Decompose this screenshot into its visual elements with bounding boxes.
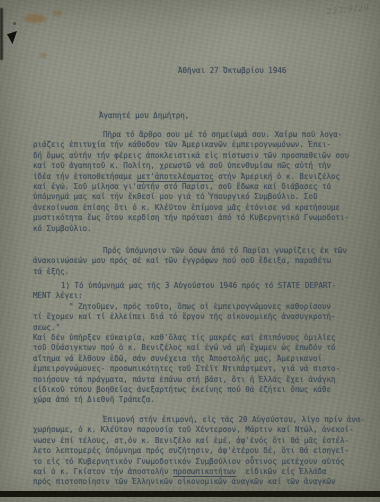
text-segment: πρός πιστοποίησιν τῶν Ἑλληνικῶν οἰκονομι… <box>33 477 336 486</box>
letter-line: χωρήσωμε, ὁ κ. Κλέϋτον παρουσίᾳ τοῦ Χέντ… <box>33 425 365 435</box>
scan-artifact-stain <box>40 53 47 58</box>
letter-line: καί ἐγώ. Σοῦ μίλησα γι'αὐτήν στό Παρίσι,… <box>33 182 349 192</box>
letter-line: 1) Τό ὑπόμνημά μας τῆς 3 Αὐγούστου 1946 … <box>33 281 340 291</box>
letter-line: το εἰς τό Κυβερνητικόν Γνωμοδοτικόν Συμβ… <box>33 457 365 467</box>
letter-line: πρός πιστοποίησιν τῶν Ἑλληνικῶν οἰκονομι… <box>33 477 365 487</box>
text-segment: Πῆρα τό ἄρθρο σου μέ τό σημείωμά σου. Χα… <box>103 130 342 139</box>
scan-artifact-stain <box>53 10 62 16</box>
letter-line: Πῆρα τό ἄρθρο σου μέ τό σημείωμά σου. Χα… <box>33 130 349 140</box>
letter-line: χώρα ἀπό τή Διεθνῆ Τράπεζα. <box>33 395 340 405</box>
letter-line: εἰδικοῦ τύπου βοηθείας ἀνεξαρτήτως ἐκείν… <box>33 385 340 395</box>
text-segment: Καί δέν ὑπῆρξεν εὐκαιρία, καθ'ὅλας τίς μ… <box>33 333 336 342</box>
text-segment: Ἐπιμονή στήν ἐπιμονή, εἰς τάς 20 Αὐγούστ… <box>103 415 365 424</box>
letter-line: αἴτημα νά ἔλθουν ἐδῶ, σάν συνέχεια τῆς Ἀ… <box>33 354 340 364</box>
text-segment: 1) Τό ὑπόμνημά μας τῆς 3 Αὐγούστου 1946 … <box>61 281 336 290</box>
letter-line: Ἐπιμονή στήν ἐπιμονή, εἰς τάς 20 Αὐγούστ… <box>33 415 365 425</box>
letter-line: λετο λεπτομερές ὑπόμνημα πρός συζήτησιν,… <box>33 446 365 456</box>
letter-line: σεως." <box>33 323 340 333</box>
text-segment: χωρήσωμε, ὁ κ. Κλέϋτον παρουσίᾳ τοῦ Χέντ… <box>33 425 354 434</box>
text-segment: ποιήσουν τά πράγματα, πάντα ἐπάνω στή βά… <box>33 375 336 384</box>
text-segment: ἀνεκοίνωσα ἐπίσης ὅτι ὁ κ. Κλέϋτον ἐπίμο… <box>33 203 340 212</box>
letter-line: " Ζητοῦμεν, πρός τοῦτο, ὅπως οἱ ἐμπειρογ… <box>33 302 340 312</box>
letter-paragraph: 1) Τό ὑπόμνημά μας τῆς 3 Αὐγούστου 1946 … <box>33 281 340 406</box>
letter-line: δή ὅμως αὐτήν τήν φέρεις ἀποκλειστικά εἰ… <box>33 151 349 161</box>
text-segment: αἴτημα νά ἔλθουν ἐδῶ, σάν συνέχεια τῆς Ἀ… <box>33 354 322 363</box>
letter-line: ριάζεις ἐπιτυχία τήν κάθοδον τῶν Ἀμερικα… <box>33 140 349 150</box>
text-segment: εἰδικοῦ τύπου βοηθείας ἀνεξαρτήτως ἐκείν… <box>33 385 331 394</box>
text-segment: κό Συμβούλιο. <box>33 224 92 233</box>
text-segment: τά ἑξῆς. <box>33 267 69 276</box>
text-segment: δή ὅμως αὐτήν τήν φέρεις ἀποκλειστικά εἰ… <box>33 151 349 160</box>
letter-line: MENT λέγει: <box>33 291 340 301</box>
text-segment: ἐμπειρογνώμονες- προσωπικότητες τοῦ Στέϊ… <box>33 364 340 373</box>
scan-artifact-edge-strip <box>0 8 3 60</box>
letter-scan: 222/9/26 Ἀθῆναι 27 Ὀκτωβρίου 1946 Ἀγαπητ… <box>0 0 380 502</box>
letter-line: νωσεν ἐπί τέλους, στ,όν κ. Βενιζέλο καί … <box>33 436 365 446</box>
letter-line: ἐμπειρογνώμονες- προσωπικότητες τοῦ Στέϊ… <box>33 364 340 374</box>
letter-line: καί ὁ κ. Γκίστον τήν ἀποστολήν προσωπικο… <box>33 467 365 477</box>
letter-line: μυστικότητα ἕως ὅτου κερδίση τήν πρότασι… <box>33 213 349 223</box>
text-segment: ριάζεις ἐπιτυχία τήν κάθοδον τῶν Ἀμερικα… <box>33 140 331 149</box>
letter-line: καί τοῦ ἀγαπητοῦ κ. Πολίτη, χρεωστῶ νά σ… <box>33 161 349 171</box>
text-segment: " Ζητοῦμεν, πρός τοῦτο, ὅπως οἱ ἐμπειρογ… <box>69 302 331 311</box>
scan-artifact-stain <box>24 14 46 23</box>
letter-line: ποιήσουν τά πράγματα, πάντα ἐπάνω στή βά… <box>33 375 340 385</box>
letter-line: ἀνακοινώσεών μου πρός σέ καί τῶν ἐγγράφω… <box>33 256 347 266</box>
text-segment: Πρός ὑπόμνησιν τῶν ὅσων ἀπό τό Παρίσι γν… <box>103 246 347 255</box>
letter-line: ἀνεκοίνωσα ἐπίσης ὅτι ὁ κ. Κλέϋτον ἐπίμο… <box>33 203 349 213</box>
text-segment: τοῦ Οὐάσιγκτων πού ὁ κ. Βενιζέλος καί ἐγ… <box>33 343 336 352</box>
text-segment: στήν Ἀμερική ὁ κ. Βενιζέλος <box>214 172 340 181</box>
text-segment: καί ὁ κ. Γκίστον τήν ἀποστολήν <box>33 467 173 476</box>
scan-artifact-bottom-band <box>0 491 380 497</box>
letter-paragraph: Ἐπιμονή στήν ἐπιμονή, εἰς τάς 20 Αὐγούστ… <box>33 415 365 488</box>
letter-line: Καί δέν ὑπῆρξεν εὐκαιρία, καθ'ὅλας τίς μ… <box>33 333 340 343</box>
text-segment: τί ἔχομεν καί τί ἐλλείπει διά τό ἔργον τ… <box>33 312 336 321</box>
letter-body: Πῆρα τό ἄρθρο σου μέ τό σημείωμά σου. Χα… <box>0 0 380 502</box>
text-segment: μυστικότητα ἕως ὅτου κερδίση τήν πρότασι… <box>33 213 349 222</box>
text-segment: εἰδικῶν εἰς Ἑλλάδα <box>236 467 326 476</box>
letter-paragraph: Πρός ὑπόμνησιν τῶν ὅσων ἀπό τό Παρίσι γν… <box>33 246 347 277</box>
scan-artifact-speck <box>13 22 16 25</box>
text-segment: το εἰς τό Κυβερνητικόν Γνωμοδοτικόν Συμβ… <box>33 457 345 466</box>
text-segment: καί ἐγώ. Σοῦ μίλησα γι'αὐτήν στό Παρίσι,… <box>33 182 331 191</box>
text-segment: σεως." <box>33 323 60 332</box>
underlined-text: προσωπικοτήτων <box>173 467 236 476</box>
letter-line: Πρός ὑπόμνησιν τῶν ὅσων ἀπό τό Παρίσι γν… <box>33 246 347 256</box>
text-segment: ὑπόμνημά μας καί τήν ἔκθεσί μου γιά τό Ὑ… <box>33 192 317 201</box>
letter-line: ὑπόμνημά μας καί τήν ἔκθεσί μου γιά τό Ὑ… <box>33 192 349 202</box>
letter-line: τί ἔχομεν καί τί ἐλλείπει διά τό ἔργον τ… <box>33 312 340 322</box>
letter-line: ἰδέα τήν ἐτοποθετήσαμε μετ'ἀποτελέσματος… <box>33 172 349 182</box>
letter-paragraph: Πῆρα τό ἄρθρο σου μέ τό σημείωμά σου. Χα… <box>33 130 349 234</box>
letter-line: κό Συμβούλιο. <box>33 224 349 234</box>
underlined-text: μετ'ἀποτελέσματος <box>137 172 214 181</box>
text-segment: ἰδέα τήν ἐτοποθετήσαμε <box>33 172 137 181</box>
text-segment: MENT λέγει: <box>33 291 83 300</box>
letter-line: τοῦ Οὐάσιγκτων πού ὁ κ. Βενιζέλος καί ἐγ… <box>33 343 340 353</box>
text-segment: χώρα ἀπό τή Διεθνῆ Τράπεζα. <box>33 395 155 404</box>
text-segment: καί τοῦ ἀγαπητοῦ κ. Πολίτη, χρεωστῶ νά σ… <box>33 161 331 170</box>
text-segment: λετο λεπτομερές ὑπόμνημα πρός συζήτησιν,… <box>33 446 349 455</box>
text-segment: νωσεν ἐπί τέλους, στ,όν κ. Βενιζέλο καί … <box>33 436 349 445</box>
letter-line: τά ἑξῆς. <box>33 267 347 277</box>
text-segment: ἀνακοινώσεών μου πρός σέ καί τῶν ἐγγράφω… <box>33 256 331 265</box>
